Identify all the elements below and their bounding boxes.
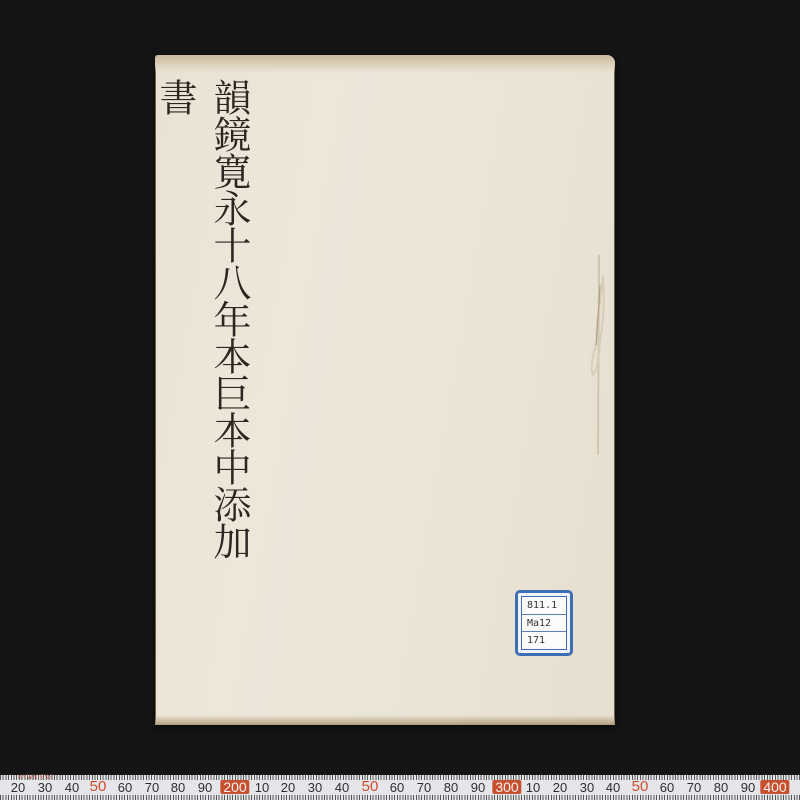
ruler-label: 20	[11, 781, 25, 795]
ruler-label: 30	[580, 781, 594, 795]
ruler-label: 50	[362, 780, 379, 794]
ruler-label: 20	[553, 781, 567, 795]
ruler-label: 80	[171, 781, 185, 795]
ruler-label: 30	[38, 781, 52, 795]
ruler-label: 70	[145, 781, 159, 795]
ruler-label: 10	[255, 781, 269, 795]
ruler-label: 40	[335, 781, 349, 795]
ruler-label: 90	[741, 781, 755, 795]
ruler-label: 60	[390, 781, 404, 795]
ruler-ticks-bottom	[0, 795, 800, 800]
ruler-label: 10	[526, 781, 540, 795]
call-number-author: Ma12	[522, 615, 566, 633]
call-number-class: 811.1	[522, 597, 566, 615]
ruler-label: 60	[118, 781, 132, 795]
ruler-label: 20	[281, 781, 295, 795]
ruler-label: 90	[198, 781, 212, 795]
binding-string-icon	[591, 255, 605, 455]
handwritten-title: 韻鏡寛永十八年本巨本中添加書	[196, 78, 256, 578]
paper-bottom-edge	[155, 715, 615, 725]
ruler-label: 90	[471, 781, 485, 795]
ruler-label: 60	[660, 781, 674, 795]
ruler-label: 50	[632, 780, 649, 794]
ruler-label: 70	[417, 781, 431, 795]
ruler-label: 80	[714, 781, 728, 795]
ruler-label: 200	[220, 780, 249, 794]
call-number-volume: 171	[522, 632, 566, 649]
ruler-label: 50	[90, 780, 107, 794]
ruler-label: 70	[687, 781, 701, 795]
ruler-label: 80	[444, 781, 458, 795]
paper-top-edge	[155, 55, 615, 73]
call-number-label: 811.1 Ma12 171	[515, 590, 573, 656]
ruler-label: 40	[65, 781, 79, 795]
measuring-ruler: KYWNIESS 2030405060708090200102030405060…	[0, 775, 800, 800]
ruler-label: 40	[606, 781, 620, 795]
ruler-label: 300	[492, 780, 521, 794]
ruler-label: 400	[760, 780, 789, 794]
ruler-label: 30	[308, 781, 322, 795]
